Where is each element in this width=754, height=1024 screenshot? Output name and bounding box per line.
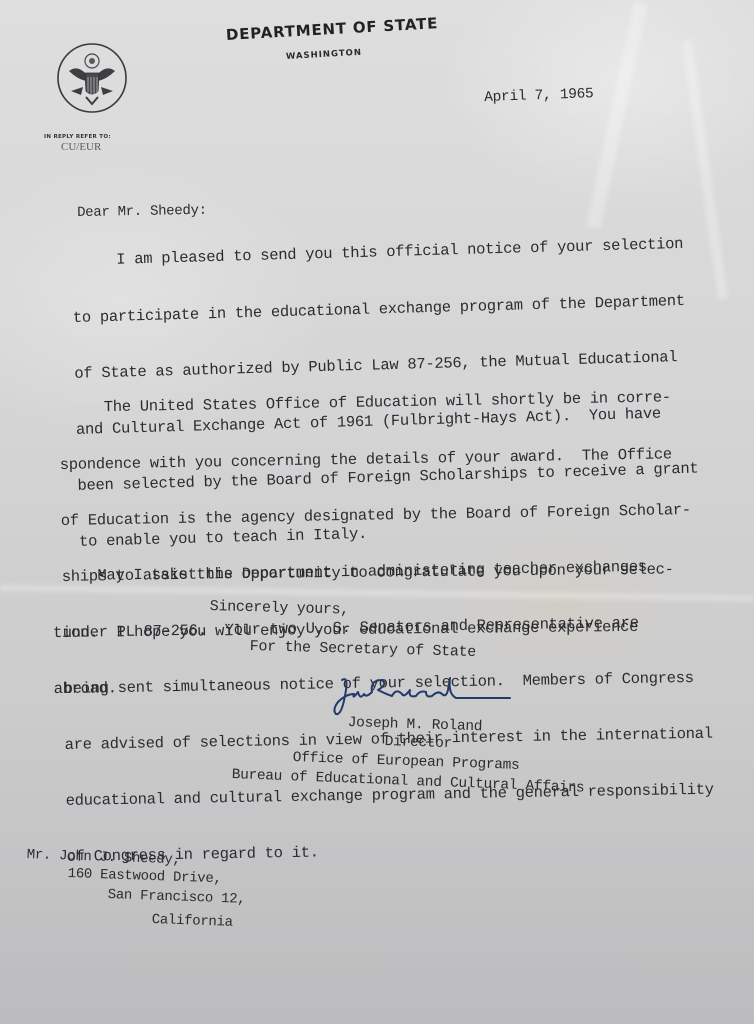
letter-date: April 7, 1965 bbox=[484, 86, 594, 106]
city-subheading: WASHINGTON bbox=[286, 48, 363, 62]
paper-crease bbox=[586, 1, 648, 229]
paragraph-line: The United States Office of Education wi… bbox=[59, 388, 707, 418]
paragraph-line: to participate in the educational exchan… bbox=[73, 291, 694, 327]
great-seal-eagle-icon bbox=[55, 41, 129, 115]
paragraph-line: tion. I hope you will enjoy your educati… bbox=[53, 617, 674, 642]
paragraph-line: spondence with you concerning the detail… bbox=[60, 444, 708, 474]
valediction: Sincerely yours, bbox=[210, 598, 350, 619]
recipient-city: San Francisco 12, bbox=[107, 887, 245, 908]
paragraph-line: May I take this opportunity to congratul… bbox=[52, 561, 673, 586]
department-heading: DEPARTMENT OF STATE bbox=[225, 14, 438, 44]
recipient-state: California bbox=[151, 912, 233, 931]
reply-refer-label: IN REPLY REFER TO: bbox=[44, 134, 111, 140]
signer-title: Director bbox=[384, 734, 452, 752]
reply-reference-code: CU/EUR bbox=[61, 141, 101, 153]
letter-paper: DEPARTMENT OF STATE WASHINGTON IN REPLY … bbox=[0, 0, 754, 1024]
paragraph-line: I am pleased to send you this official n… bbox=[71, 235, 692, 271]
